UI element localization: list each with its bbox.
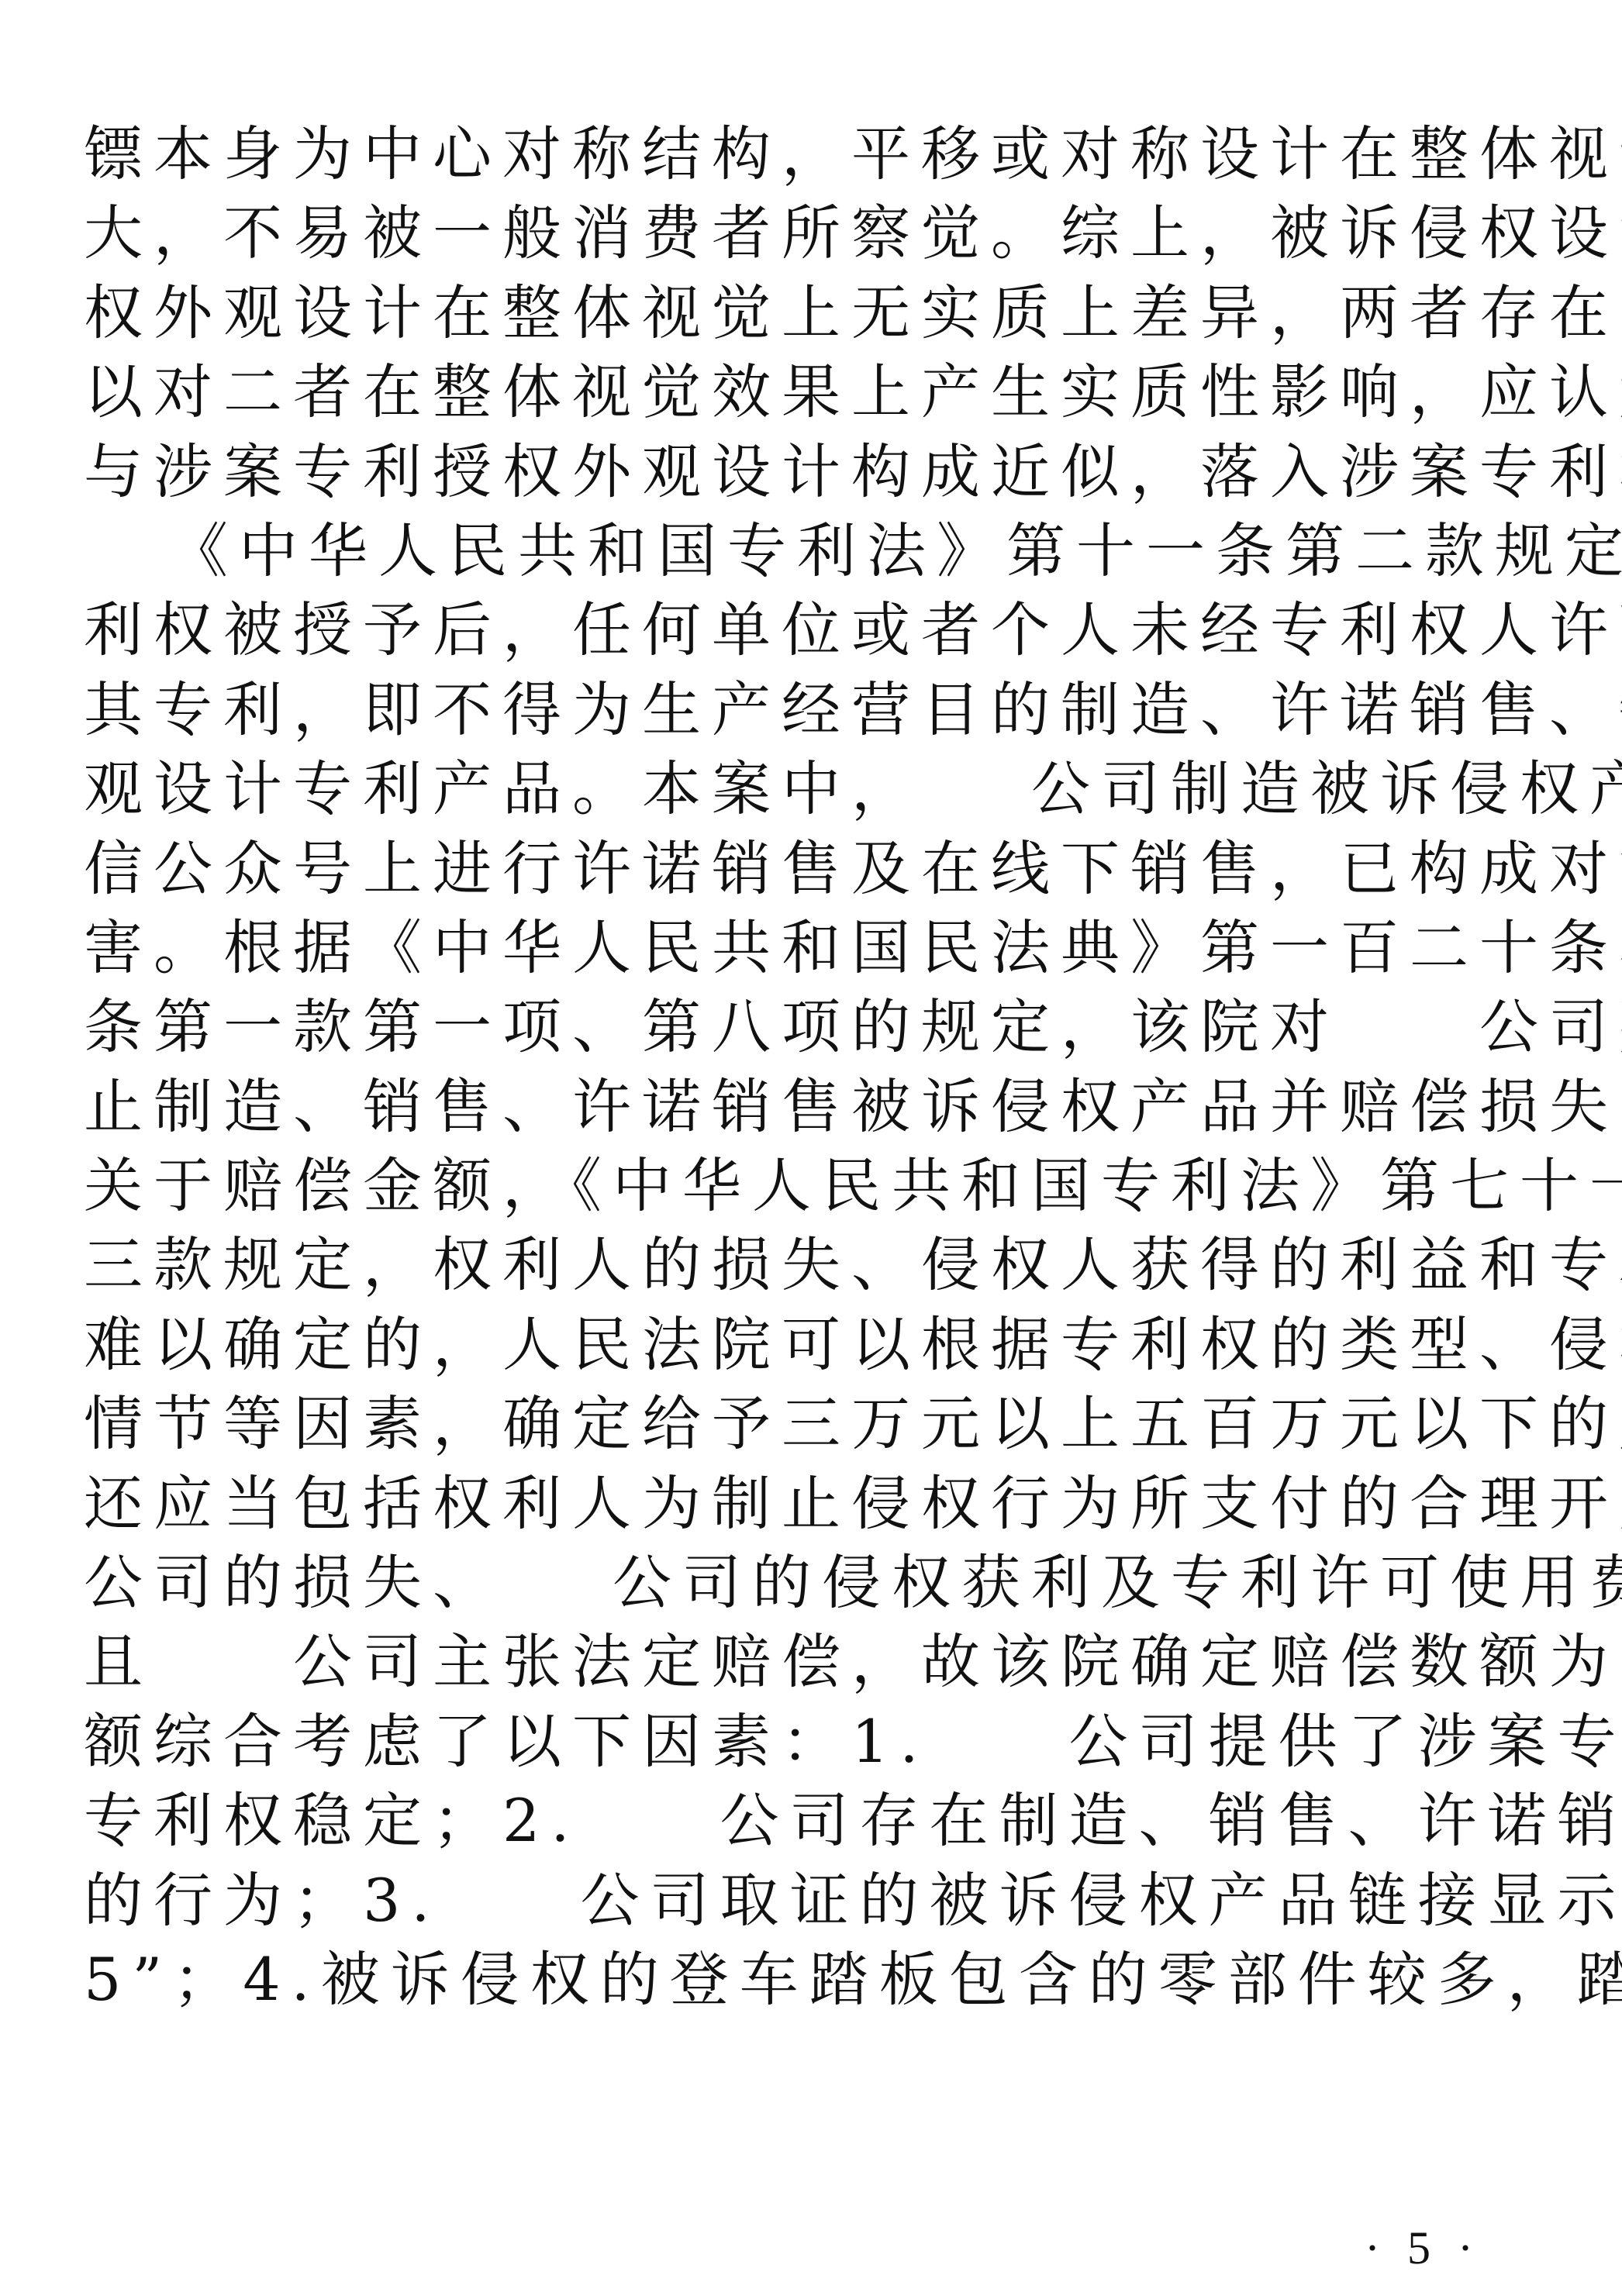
text-line: 镖本身为中心对称结构，平移或对称设计在整体视觉效果上差异不	[84, 115, 1549, 194]
text-line: 《中华人民共和国专利法》第十一条第二款规定，外观设计专	[84, 512, 1549, 591]
text-line: 专利权稳定；2. 公司存在制造、销售、许诺销售被诉侵权产品	[84, 1781, 1549, 1860]
text-line: 三款规定，权利人的损失、侵权人获得的利益和专利许可使用费均	[84, 1226, 1549, 1305]
text-line: 条第一款第一项、第八项的规定，该院对 公司要求 公司停	[84, 988, 1549, 1067]
text-line: 且 公司主张法定赔偿，故该院确定赔偿数额为 元，该数	[84, 1622, 1549, 1701]
text-line: 公司的损失、 公司的侵权获利及专利许可使用费均难以确定，	[84, 1543, 1549, 1622]
page-number: · 5 ·	[1361, 2217, 1485, 2279]
paragraph-infringement-and-damages: 《中华人民共和国专利法》第十一条第二款规定，外观设计专 利权被授予后，任何单位或…	[84, 512, 1549, 2019]
text-line: 大，不易被一般消费者所察觉。综上，被诉侵权设计与涉案专利授	[84, 194, 1549, 273]
text-line: 情节等因素，确定给予三万元以上五百万元以下的赔偿；赔偿数额	[84, 1384, 1549, 1463]
text-line: 关于赔偿金额，《中华人民共和国专利法》第七十一条第二款、第	[84, 1146, 1549, 1226]
text-line: 观设计专利产品。本案中， 公司制造被诉侵权产品，并在其微	[84, 750, 1549, 829]
text-line: 还应当包括权利人为制止侵权行为所支付的合理开支。因本案	[84, 1464, 1549, 1543]
text-line: 利权被授予后，任何单位或者个人未经专利权人许可，都不得实施	[84, 591, 1549, 670]
document-body: 镖本身为中心对称结构，平移或对称设计在整体视觉效果上差异不 大，不易被一般消费者…	[84, 115, 1549, 2019]
text-line: 与涉案专利授权外观设计构成近似，落入涉案专利权的保护范围。	[84, 433, 1549, 512]
text-line: 权外观设计在整体视觉上无实质上差异，两者存在的细节差别不足	[84, 274, 1549, 353]
text-line: 信公众号上进行许诺销售及在线下销售，已构成对涉案专利权的侵	[84, 829, 1549, 908]
text-line: 5”；4.被诉侵权的登车踏板包含的零部件较多，踏板外观设计仅为	[84, 1940, 1549, 2019]
document-page: 镖本身为中心对称结构，平移或对称设计在整体视觉效果上差异不 大，不易被一般消费者…	[0, 0, 1622, 2296]
text-line: 难以确定的，人民法院可以根据专利权的类型、侵权行为的性质和	[84, 1305, 1549, 1384]
text-line: 的行为；3. 公司取证的被诉侵权产品链接显示“已售2”“已售	[84, 1861, 1549, 1940]
text-line: 止制造、销售、许诺销售被诉侵权产品并赔偿损失的诉请予以支持。	[84, 1067, 1549, 1146]
text-line: 额综合考虑了以下因素：1. 公司提供了涉案专利权评价报告，	[84, 1702, 1549, 1781]
text-line: 以对二者在整体视觉效果上产生实质性影响，应认定被诉侵权设计	[84, 353, 1549, 432]
text-line: 其专利，即不得为生产经营目的制造、许诺销售、销售、进口其外	[84, 671, 1549, 750]
paragraph-design-similarity: 镖本身为中心对称结构，平移或对称设计在整体视觉效果上差异不 大，不易被一般消费者…	[84, 115, 1549, 512]
text-line: 害。根据《中华人民共和国民法典》第一百二十条、第一百七十九	[84, 908, 1549, 988]
